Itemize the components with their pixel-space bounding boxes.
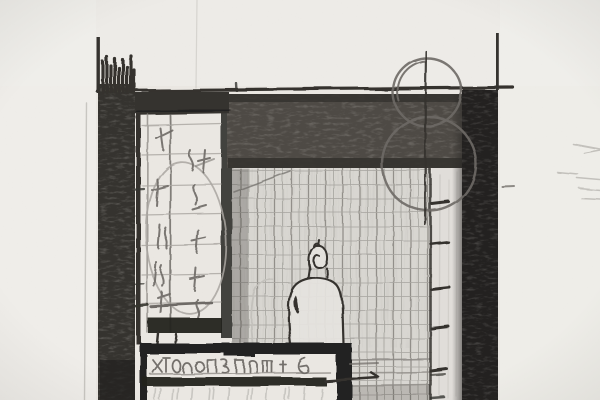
paper-grain xyxy=(0,0,600,400)
sketch-photo xyxy=(0,0,600,400)
sketch-canvas xyxy=(0,0,600,400)
